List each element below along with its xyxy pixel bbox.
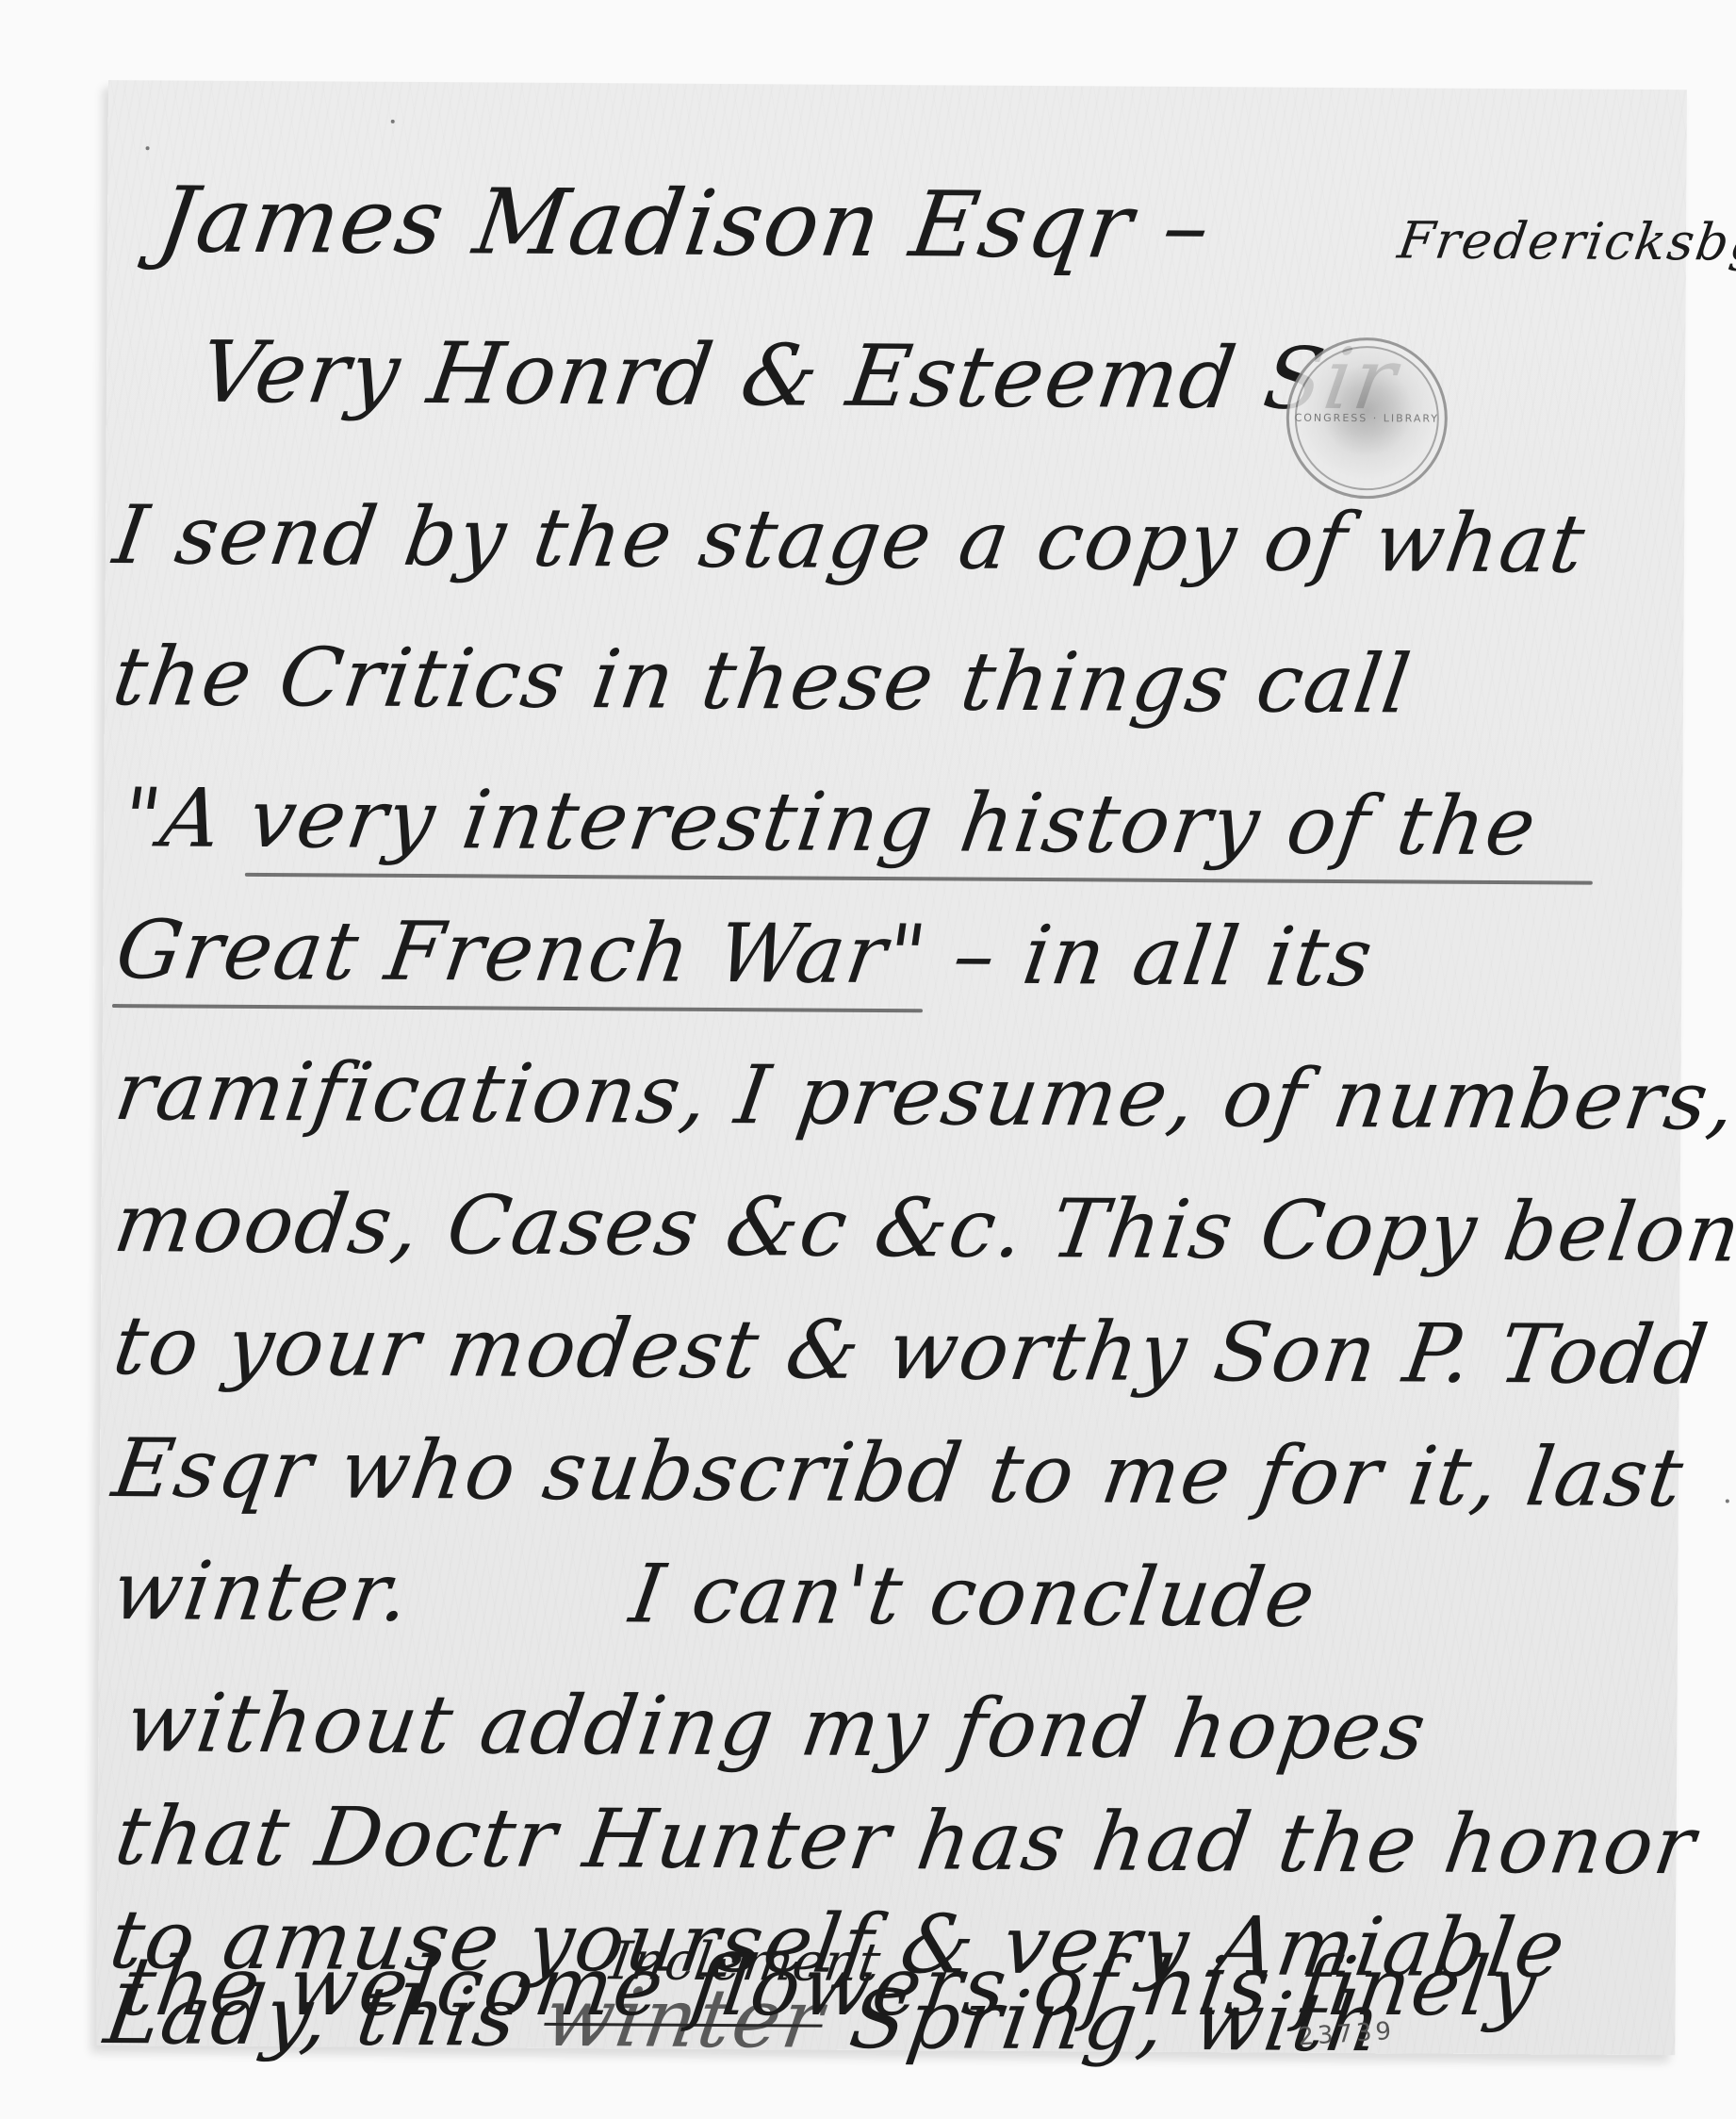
manuscript-page: James Madison Esqr – Fredericksbg Very H…	[96, 80, 1687, 2055]
ink-speck	[1726, 1500, 1729, 1503]
body-line-6: moods, Cases &c &c. This Copy belongs	[109, 1183, 1736, 1274]
underline-2	[112, 1004, 923, 1012]
body-line-11: that Doctr Hunter has had the honor	[110, 1796, 1701, 1886]
ink-speck	[146, 146, 150, 150]
place: Fredericksbg	[1394, 210, 1736, 271]
body-line-4: Great French War" – in all its	[111, 910, 1379, 998]
place-line: Fredericksbg	[1395, 215, 1736, 268]
body-line-14-visible: the welcome flowers of his finely	[117, 1947, 1543, 2028]
body-line-10: without adding my fond hopes	[121, 1683, 1432, 1771]
body-line-9: winter. I can't conclude	[107, 1551, 1321, 1639]
dash: –	[1156, 173, 1219, 279]
body-line-2: the Critics in these things call	[108, 636, 1417, 725]
body-line-8: Esqr who subscribd to me for it, last	[108, 1428, 1690, 1519]
underline-1	[245, 873, 1593, 885]
library-seal-stamp: CONGRESS · LIBRARY	[1286, 337, 1448, 500]
salutation: Very Honrd & Esteemd Sir	[195, 331, 1403, 423]
stamp-text: CONGRESS · LIBRARY	[1288, 340, 1445, 497]
ink-speck	[391, 120, 395, 123]
body-line-5: ramifications, I presume, of numbers,	[110, 1051, 1736, 1142]
addressee: James Madison Esqr	[152, 167, 1141, 278]
addressee-line: James Madison Esqr –	[153, 174, 1218, 271]
body-line-3: "A very interesting history of the	[117, 778, 1543, 867]
body-line-1: I send by the stage a copy of what	[109, 495, 1591, 584]
body-line-7: to your modest & worthy Son P. Todd	[108, 1306, 1713, 1396]
